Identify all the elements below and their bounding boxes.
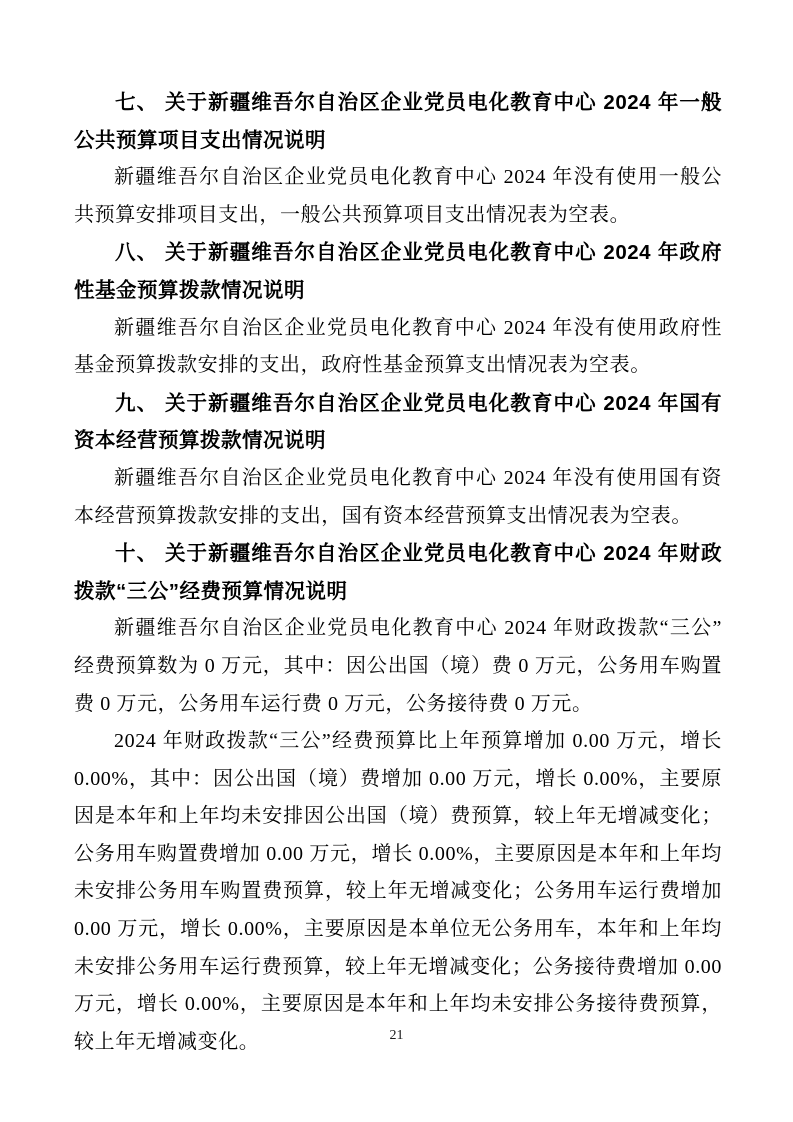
- section-10-paragraph-2: 2024 年财政拨款“三公”经费预算比上年预算增加 0.00 万元，增长 0.0…: [74, 723, 722, 1061]
- section-9-heading: 九、 关于新疆维吾尔自治区企业党员电化教育中心 2024 年国有资本经营预算拨款…: [74, 385, 722, 460]
- section-three-public-expenses-budget: 十、 关于新疆维吾尔自治区企业党员电化教育中心 2024 年财政拨款“三公”经费…: [74, 535, 722, 1061]
- section-general-public-budget-project-expenditure: 七、 关于新疆维吾尔自治区企业党员电化教育中心 2024 年一般公共预算项目支出…: [74, 84, 722, 234]
- section-state-capital-operation-budget: 九、 关于新疆维吾尔自治区企业党员电化教育中心 2024 年国有资本经营预算拨款…: [74, 385, 722, 535]
- section-7-paragraph: 新疆维吾尔自治区企业党员电化教育中心 2024 年没有使用一般公共预算安排项目支…: [74, 159, 722, 234]
- page-footer: 21: [0, 1026, 793, 1044]
- section-9-paragraph: 新疆维吾尔自治区企业党员电化教育中心 2024 年没有使用国有资本经营预算拨款安…: [74, 460, 722, 535]
- section-10-heading: 十、 关于新疆维吾尔自治区企业党员电化教育中心 2024 年财政拨款“三公”经费…: [74, 535, 722, 610]
- section-8-paragraph: 新疆维吾尔自治区企业党员电化教育中心 2024 年没有使用政府性基金预算拨款安排…: [74, 310, 722, 385]
- section-government-fund-budget-appropriation: 八、 关于新疆维吾尔自治区企业党员电化教育中心 2024 年政府性基金预算拨款情…: [74, 234, 722, 384]
- section-8-heading: 八、 关于新疆维吾尔自治区企业党员电化教育中心 2024 年政府性基金预算拨款情…: [74, 234, 722, 309]
- section-10-paragraph-1: 新疆维吾尔自治区企业党员电化教育中心 2024 年财政拨款“三公”经费预算数为 …: [74, 610, 722, 723]
- section-7-heading: 七、 关于新疆维吾尔自治区企业党员电化教育中心 2024 年一般公共预算项目支出…: [74, 84, 722, 159]
- document-page: 七、 关于新疆维吾尔自治区企业党员电化教育中心 2024 年一般公共预算项目支出…: [0, 0, 793, 1122]
- page-number: 21: [390, 1028, 404, 1043]
- document-content: 七、 关于新疆维吾尔自治区企业党员电化教育中心 2024 年一般公共预算项目支出…: [74, 84, 722, 1061]
